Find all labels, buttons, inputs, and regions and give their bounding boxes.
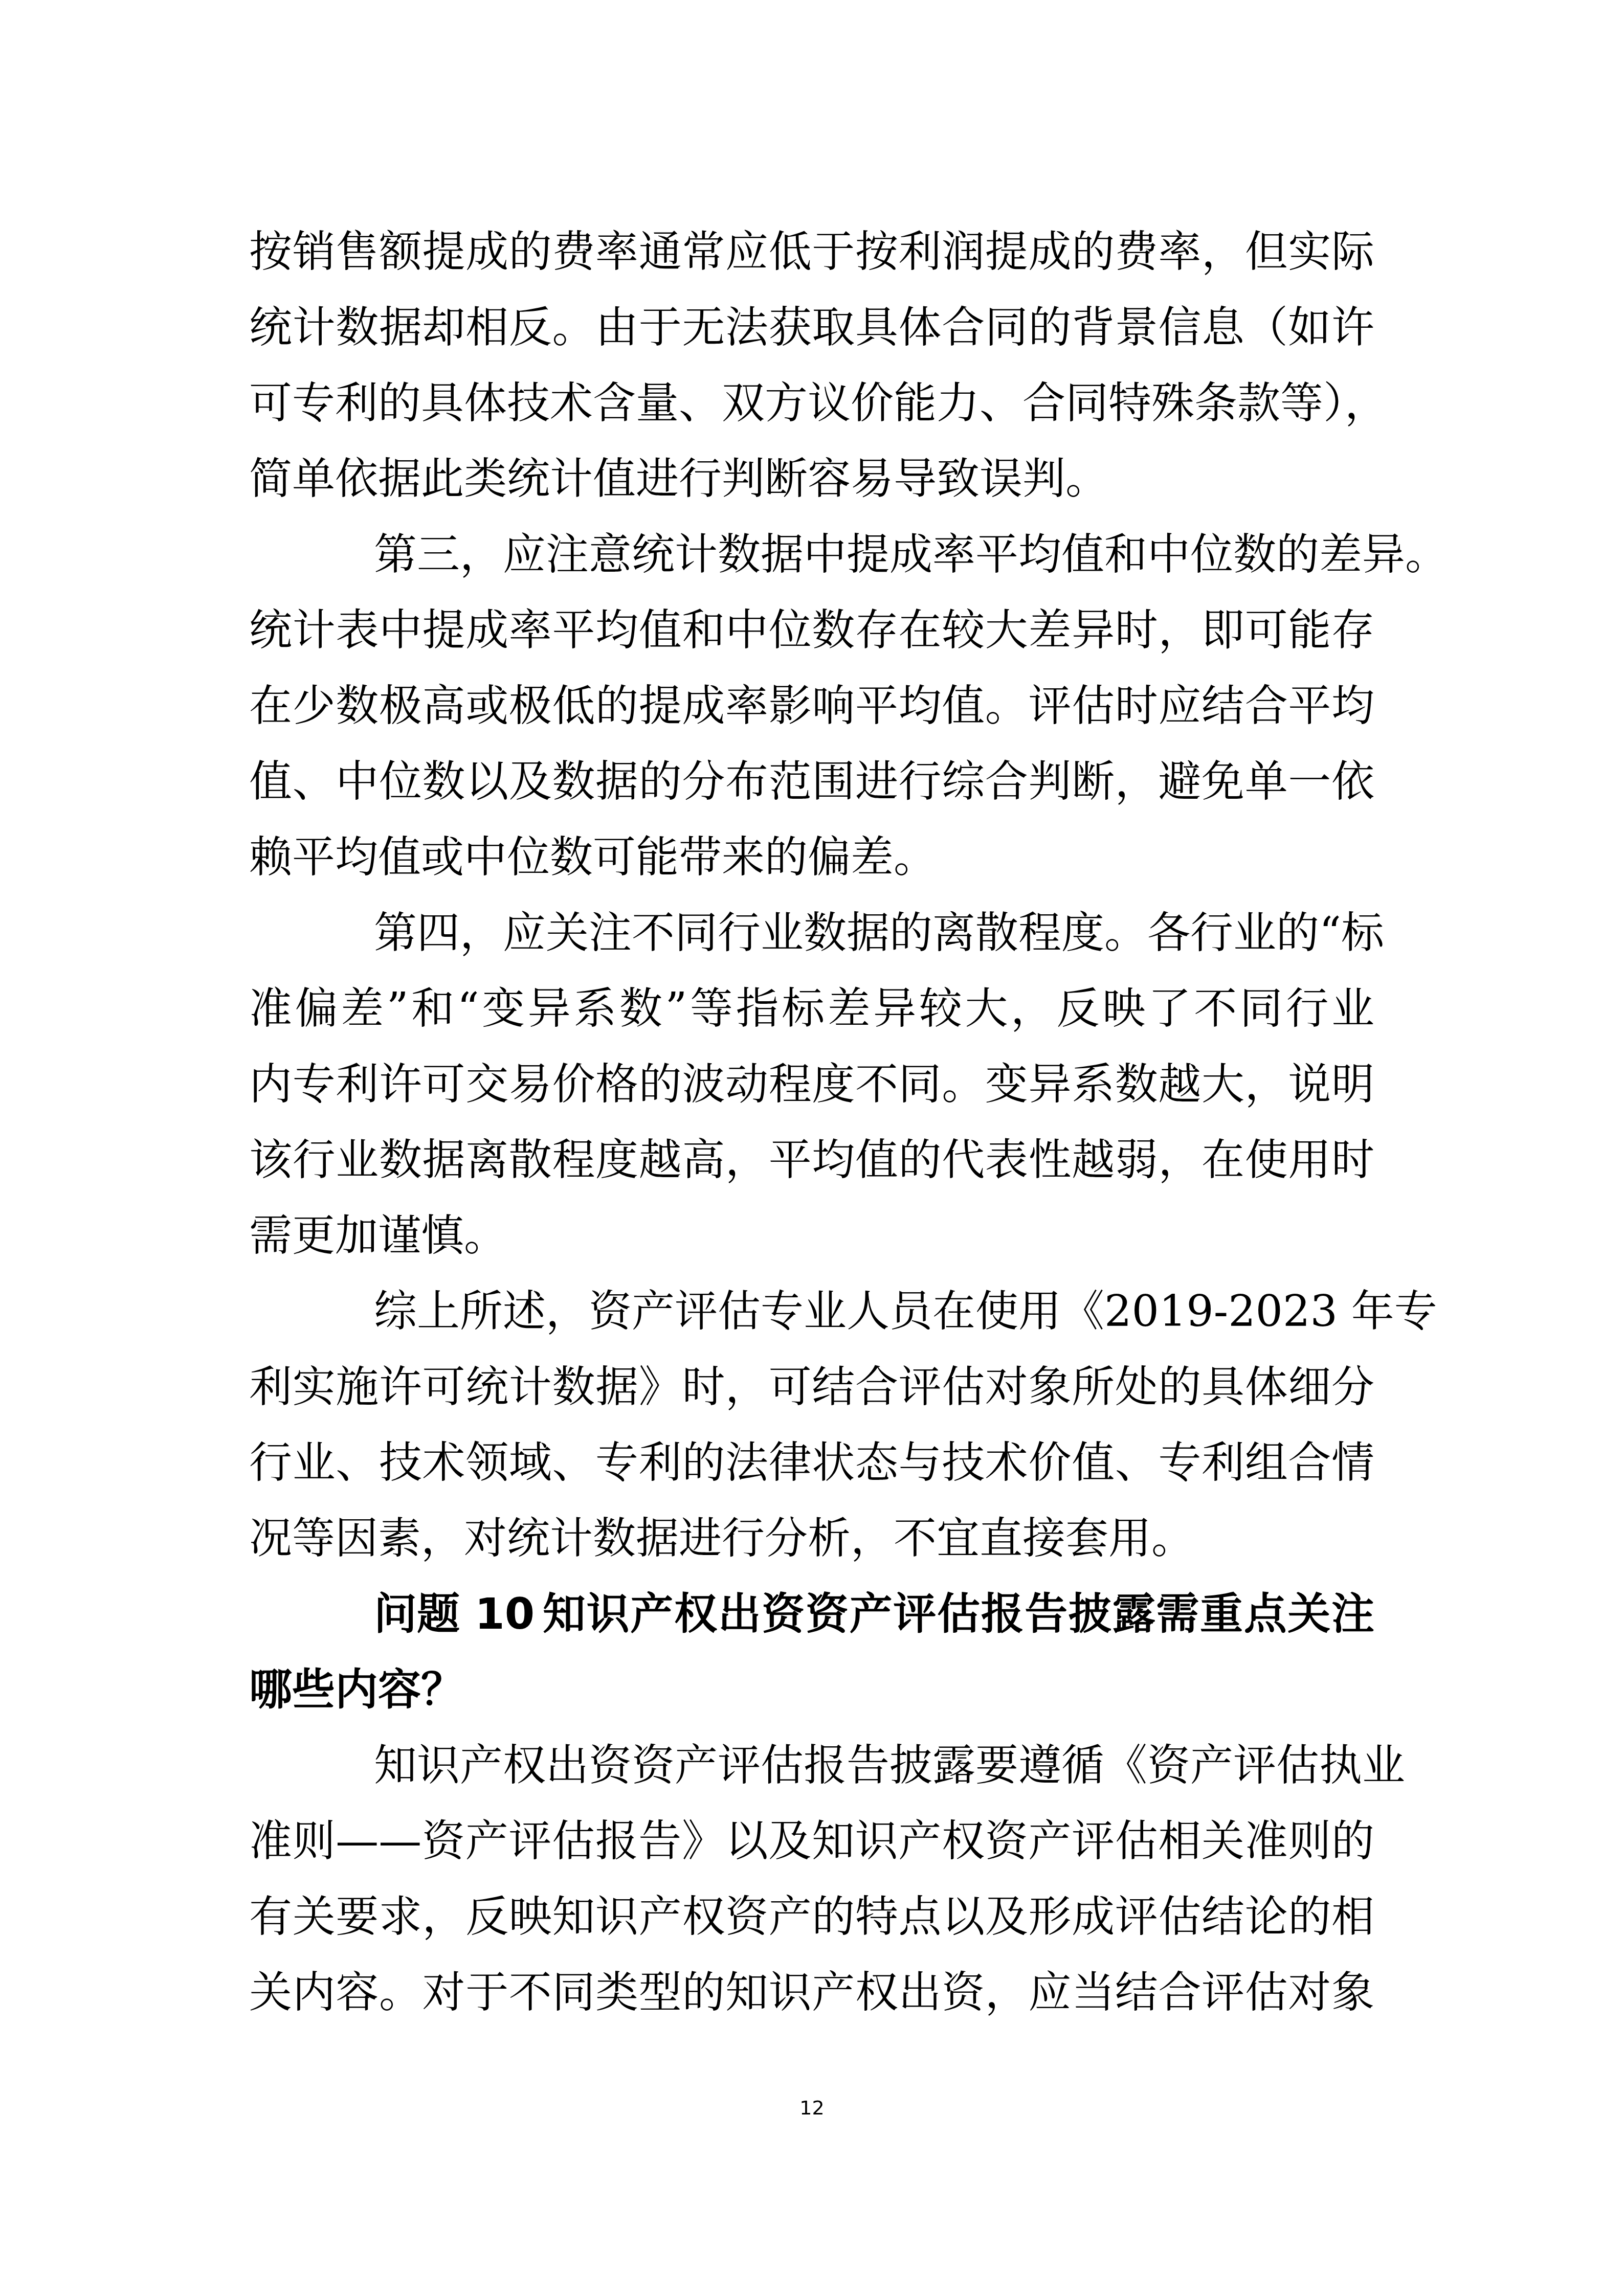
paragraph-rate-comparison: 按销售额提成的费率通常应低于按利润提成的费率，但实际 统计数据却相反。由于无法获…	[249, 214, 1374, 516]
text-line: 准偏差”和“变异系数”等指标差异较大，反映了不同行业	[249, 971, 1374, 1046]
text-line: 该行业数据离散程度越高，平均值的代表性越弱，在使用时	[249, 1122, 1374, 1198]
text-line: 赖平均值或中位数可能带来的偏差。	[249, 819, 1374, 895]
text-line: 关内容。对于不同类型的知识产权出资，应当结合评估对象	[249, 1954, 1374, 2030]
paragraph-third-point: 第三，应注意统计数据中提成率平均值和中位数的差异。 统计表中提成率平均值和中位数…	[249, 516, 1374, 895]
text-line: 行业、技术领域、专利的法律状态与技术价值、专利组合情	[249, 1425, 1374, 1500]
heading-line: 哪些内容？	[249, 1652, 1374, 1727]
text-line: 第三，应注意统计数据中提成率平均值和中位数的差异。	[249, 516, 1374, 592]
question-number: 问题 10	[374, 1576, 543, 1652]
text-line: 按销售额提成的费率通常应低于按利润提成的费率，但实际	[249, 214, 1374, 289]
paragraph-summary: 综上所述，资产评估专业人员在使用《2019-2023 年专 利实施许可统计数据》…	[249, 1273, 1374, 1576]
text-line: 简单依据此类统计值进行判断容易导致误判。	[249, 441, 1374, 516]
heading-line: 问题 10 知识产权出资资产评估报告披露需重点关注	[249, 1576, 1374, 1652]
text-line: 值、中位数以及数据的分布范围进行综合判断，避免单一依	[249, 744, 1374, 819]
text-line: 有关要求，反映知识产权资产的特点以及形成评估结论的相	[249, 1879, 1374, 1954]
text-line: 综上所述，资产评估专业人员在使用《2019-2023 年专	[249, 1273, 1374, 1349]
text-line: 内专利许可交易价格的波动程度不同。变异系数越大，说明	[249, 1046, 1374, 1122]
body-text: 按销售额提成的费率通常应低于按利润提成的费率，但实际 统计数据却相反。由于无法获…	[249, 214, 1374, 2030]
paragraph-disclosure: 知识产权出资资产评估报告披露要遵循《资产评估执业 准则——资产评估报告》以及知识…	[249, 1727, 1374, 2030]
section-heading: 问题 10 知识产权出资资产评估报告披露需重点关注 哪些内容？	[249, 1576, 1374, 1727]
text-line: 知识产权出资资产评估报告披露要遵循《资产评估执业	[249, 1727, 1374, 1803]
document-page: 按销售额提成的费率通常应低于按利润提成的费率，但实际 统计数据却相反。由于无法获…	[0, 0, 1624, 2296]
text-line: 可专利的具体技术含量、双方议价能力、合同特殊条款等），	[249, 365, 1374, 441]
text-line: 统计表中提成率平均值和中位数存在较大差异时，即可能存	[249, 592, 1374, 668]
text-line: 利实施许可统计数据》时，可结合评估对象所处的具体细分	[249, 1349, 1374, 1425]
text-line: 第四，应关注不同行业数据的离散程度。各行业的“标	[249, 895, 1374, 971]
text-line: 在少数极高或极低的提成率影响平均值。评估时应结合平均	[249, 668, 1374, 744]
text-line: 统计数据却相反。由于无法获取具体合同的背景信息（如许	[249, 289, 1374, 365]
text-line: 准则——资产评估报告》以及知识产权资产评估相关准则的	[249, 1803, 1374, 1879]
page-number: 12	[0, 2097, 1624, 2119]
question-title: 知识产权出资资产评估报告披露需重点关注	[543, 1576, 1374, 1652]
text-line: 需更加谨慎。	[249, 1198, 1374, 1273]
text-line: 况等因素，对统计数据进行分析，不宜直接套用。	[249, 1500, 1374, 1576]
paragraph-fourth-point: 第四，应关注不同行业数据的离散程度。各行业的“标 准偏差”和“变异系数”等指标差…	[249, 895, 1374, 1273]
